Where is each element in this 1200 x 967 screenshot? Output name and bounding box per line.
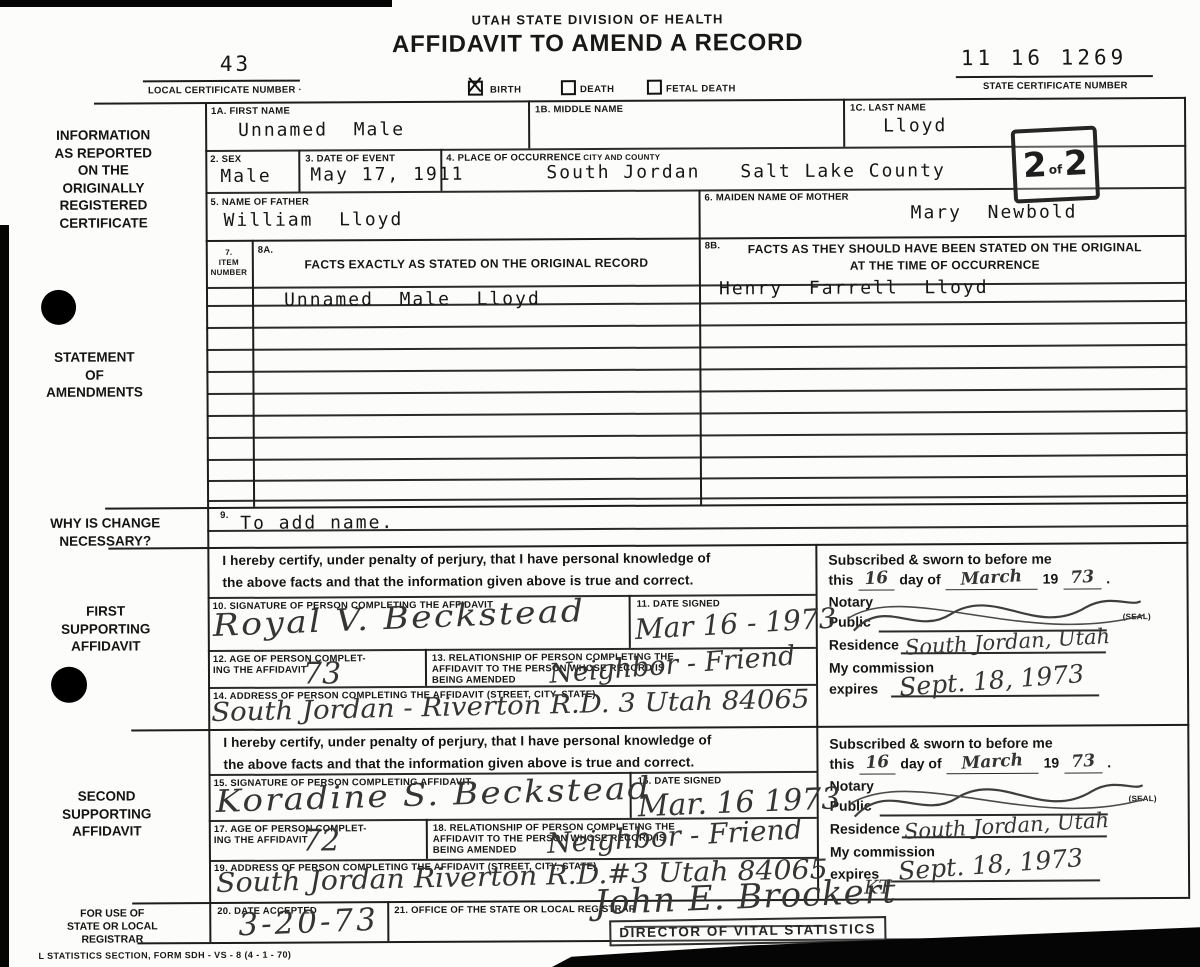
death-checkbox-label: DEATH [580,84,615,95]
form-line [1184,97,1190,897]
ruled-line [207,475,1188,482]
form-line [843,99,845,147]
form-line [252,240,255,507]
check-x-icon [467,77,483,93]
sidebar-text-line: REGISTERED [23,196,183,214]
form-line [815,544,819,899]
fact-original-value: Unnamed Male Lloyd [284,288,541,310]
col-8b-header-line2: AT THE TIME OF OCCURRENCE [709,257,1181,274]
ruled-line [207,432,1188,439]
mother-name-value: Mary Newbold [911,201,1078,223]
form-line [94,97,1186,105]
sidebar-text-line: AS REPORTED [23,144,183,162]
sidebar-text-line: SUPPORTING [27,805,187,823]
certification-line1: I hereby certify, under penalty of perju… [223,732,711,751]
sidebar-text-line: AFFIDAVIT [26,637,186,655]
stamp-of: of [1049,162,1063,177]
sidebar-text-line: STATE OR LOCAL [32,920,192,934]
sidebar-text-line: CERTIFICATE [24,214,184,232]
item-number-header: 7. ITEM NUMBER [208,248,250,278]
ruled-line [206,344,1187,351]
sidebar-text-line: OF [14,366,174,384]
birth-checkbox [468,81,483,96]
form-line [956,75,1153,78]
father-name-label: 5. NAME OF FATHER [210,197,309,209]
ruled-line [207,454,1188,461]
ruled-line [206,322,1187,329]
form-line [425,649,427,686]
birth-checkbox-label: BIRTH [490,84,522,95]
sidebar-text-line: INFORMATION [23,126,183,144]
local-certificate-number-label: LOCAL CERTIFICATE NUMBER · [148,85,302,97]
hole-punch-dot [51,667,87,703]
form-line [206,282,1187,289]
middle-name-label: 1B. MIDDLE NAME [535,104,623,116]
scanned-affidavit-document: UTAH STATE DIVISION OF HEALTH AFFIDAVIT … [0,0,1200,967]
place-county-value: Salt Lake County [740,160,945,182]
last-name-value: Lloyd [883,115,947,136]
date-of-event-label: 3. DATE OF EVENT [305,153,395,165]
sidebar-text-line: FIRST [26,602,186,620]
fetal-death-checkbox [647,80,662,95]
sidebar-original-info: INFORMATION AS REPORTED ON THE ORIGINALL… [23,126,184,232]
death-checkbox [561,80,576,95]
form-id-footer: L STATISTICS SECTION, FORM SDH - VS - 8 … [38,950,291,961]
age-label-12-line1: 12. AGE OF PERSON COMPLET- [213,653,366,665]
form-line [426,819,428,859]
mother-name-label: 6. MAIDEN NAME OF MOTHER [704,192,848,204]
fetal-death-checkbox-label: FETAL DEATH [666,83,736,94]
sidebar-text-line: ON THE [23,161,183,179]
age-label-17-line1: 17. AGE OF PERSON COMPLET- [214,823,367,835]
ruled-line [206,366,1187,373]
sidebar-text-line: SECOND [27,787,187,805]
page-number-stamp: 2 of 2 [1011,126,1101,204]
col-8a-header: FACTS EXACTLY AS STATED ON THE ORIGINAL … [259,256,694,272]
sidebar-why-change: WHY IS CHANGE NECESSARY? [20,514,190,550]
expires-label: expires [829,681,878,698]
form-line [298,150,300,192]
fact-corrected-value: Henry Farrell Lloyd [719,277,989,299]
certification-line2: the above facts and that the information… [222,573,693,592]
age-label-12-line2: ING THE AFFIDAVIT [213,665,307,677]
sidebar-text-line: AFFIDAVIT [27,822,187,840]
age-value-1: 73 [303,656,341,691]
relationship-label-13-line3: BEING AMENDED [432,674,516,686]
last-name-label: 1C. LAST NAME [850,102,926,114]
ruled-line [207,495,1188,502]
form-line [440,149,442,191]
sidebar-second-affidavit: SECOND SUPPORTING AFFIDAVIT [27,787,187,840]
relationship-label-18-line3: BEING AMENDED [433,844,517,856]
sidebar-text-line: REGISTRAR [32,933,192,947]
form-line [629,595,631,648]
sidebar-statement-of-amendments: STATEMENT OF AMENDMENTS [14,348,174,401]
item-header-line: ITEM [208,258,250,268]
sidebar-text-line: ORIGINALLY [23,179,183,197]
scan-edge-top [0,0,392,7]
ruled-line [207,410,1188,417]
sidebar-first-affidavit: FIRST SUPPORTING AFFIDAVIT [26,602,186,655]
form-line [205,102,211,942]
scan-edge-left [0,225,9,967]
sex-label: 2. SEX [210,154,241,165]
age-label-17-line2: ING THE AFFIDAVIT [214,835,308,847]
sex-value: Male [220,166,271,187]
sidebar-text-line: WHY IS CHANGE [20,514,190,532]
form-line [143,80,300,83]
registrar-signature-initials: KT [864,876,891,898]
form-line [528,100,530,148]
item-header-line: 7. [208,248,250,258]
first-name-label: 1A. FIRST NAME [211,106,290,118]
col-8a-number: 8A. [258,245,274,256]
sidebar-text-line: FOR USE OF [32,907,192,921]
form-line [105,502,1188,510]
state-certificate-number-label: STATE CERTIFICATE NUMBER [983,80,1128,92]
why-change-number: 9. [220,510,228,521]
father-name-value: William Lloyd [224,209,404,231]
form-line [387,901,389,941]
sidebar-text-line: SUPPORTING [26,620,186,638]
age-value-2: 72 [302,823,340,858]
item-header-line: NUMBER [208,268,250,278]
form-line [108,542,1188,550]
place-sublabel: CITY AND COUNTY [583,153,660,163]
certification-line1: I hereby certify, under penalty of perju… [222,550,710,569]
place-of-occurrence-label: 4. PLACE OF OCCURRENCE [446,152,581,164]
sidebar-text-line: AMENDMENTS [14,383,174,401]
place-city-value: South Jordan [546,161,700,183]
date-accepted-value: 3-20-73 [238,902,380,944]
hole-punch-dot [41,290,76,325]
ruled-line [207,388,1188,395]
first-name-value: Unnamed Male [238,119,405,141]
sidebar-text-line: STATEMENT [14,348,174,366]
stamp-digit: 2 [1022,145,1048,186]
col-8b-header-line1: FACTS AS THEY SHOULD HAVE BEEN STATED ON… [709,240,1181,257]
stamp-digit: 2 [1063,143,1089,184]
